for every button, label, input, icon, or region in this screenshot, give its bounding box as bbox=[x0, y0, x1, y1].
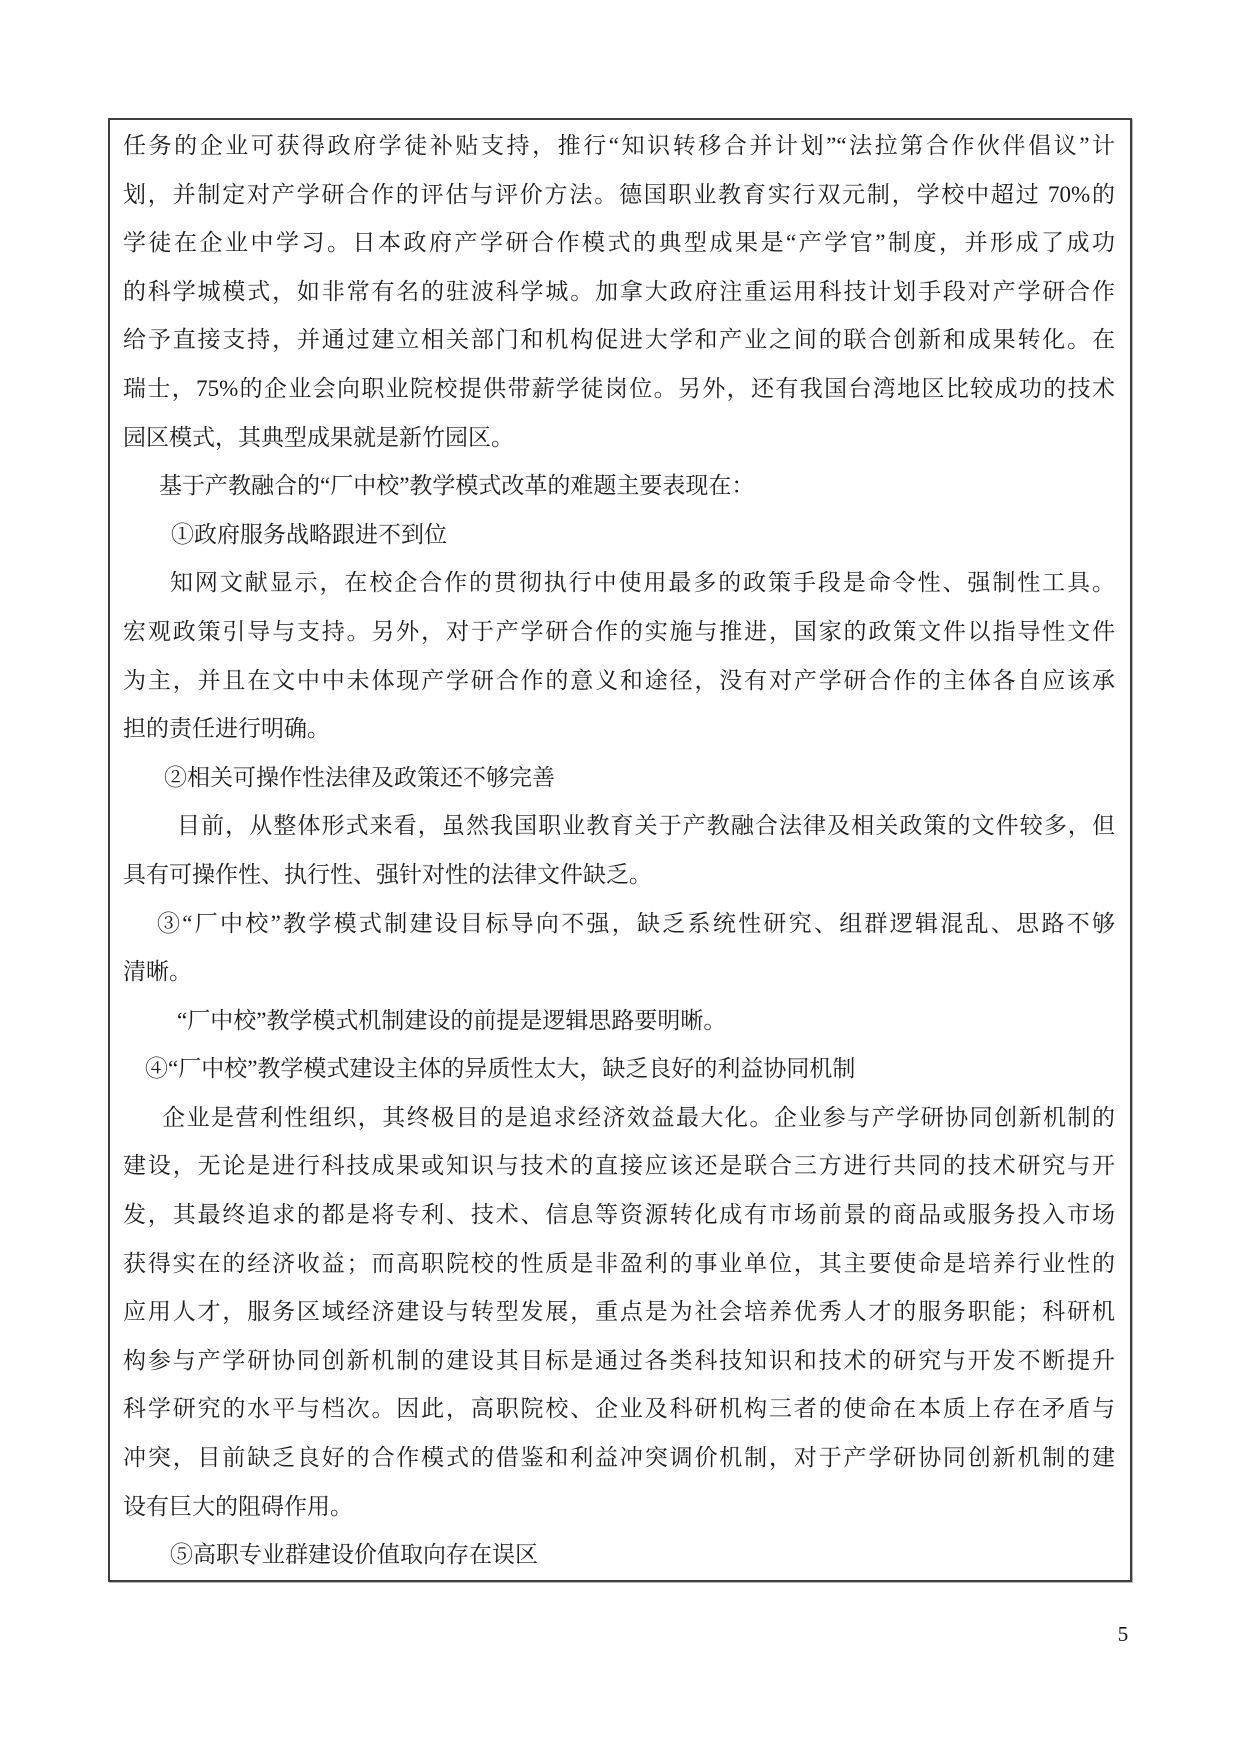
text-line: 清晰。 bbox=[123, 948, 1115, 997]
document-page: 任务的企业可获得政府学徒补贴支持，推行“知识转移合并计划”“法拉第合作伙伴倡议”… bbox=[0, 0, 1240, 1753]
text-line: 担的责任进行明确。 bbox=[123, 705, 1115, 754]
text-line: 设有巨大的阻碍作用。 bbox=[123, 1483, 1115, 1532]
text-line: 宏观政策引导与支持。另外，对于产学研合作的实施与推进，国家的政策文件以指导性文件 bbox=[123, 608, 1115, 657]
text-line: 企业是营利性组织，其终极目的是追求经济效益最大化。企业参与产学研协同创新机制的 bbox=[123, 1094, 1115, 1143]
text-line: 学徒在企业中学习。日本政府产学研合作模式的典型成果是“产学官”制度，并形成了成功 bbox=[123, 219, 1115, 268]
text-line: 基于产教融合的“厂中校”教学模式改革的难题主要表现在： bbox=[123, 462, 1115, 511]
text-line: 冲突，目前缺乏良好的合作模式的借鉴和利益冲突调价机制，对于产学研协同创新机制的建 bbox=[123, 1434, 1115, 1483]
text-line: 瑞士，75%的企业会向职业院校提供带薪学徒岗位。另外，还有我国台湾地区比较成功的… bbox=[123, 365, 1115, 414]
text-line: 任务的企业可获得政府学徒补贴支持，推行“知识转移合并计划”“法拉第合作伙伴倡议”… bbox=[123, 122, 1115, 171]
text-line: ②相关可操作性法律及政策还不够完善 bbox=[123, 754, 1115, 803]
text-line: 园区模式，其典型成果就是新竹园区。 bbox=[123, 414, 1115, 463]
text-line: ③“厂中校”教学模式制建设目标导向不强，缺乏系统性研究、组群逻辑混乱、思路不够 bbox=[123, 900, 1115, 949]
page-number: 5 bbox=[1108, 1622, 1138, 1647]
text-line: ④“厂中校”教学模式建设主体的异质性太大，缺乏良好的利益协同机制 bbox=[123, 1045, 1115, 1094]
text-line: 给予直接支持，并通过建立相关部门和机构促进大学和产业之间的联合创新和成果转化。在 bbox=[123, 316, 1115, 365]
content-box: 任务的企业可获得政府学徒补贴支持，推行“知识转移合并计划”“法拉第合作伙伴倡议”… bbox=[108, 118, 1132, 1582]
text-line: ①政府服务战略跟进不到位 bbox=[123, 511, 1115, 560]
text-line: 的科学城模式，如非常有名的驻波科学城。加拿大政府注重运用科技计划手段对产学研合作 bbox=[123, 268, 1115, 317]
paragraphs: 任务的企业可获得政府学徒补贴支持，推行“知识转移合并计划”“法拉第合作伙伴倡议”… bbox=[110, 120, 1130, 1580]
text-line: 目前，从整体形式来看，虽然我国职业教育关于产教融合法律及相关政策的文件较多，但 bbox=[123, 802, 1115, 851]
text-line: 构参与产学研协同创新机制的建设其目标是通过各类科技知识和技术的研究与开发不断提升 bbox=[123, 1337, 1115, 1386]
text-line: 发，其最终追求的都是将专利、技术、信息等资源转化成有市场前景的商品或服务投入市场 bbox=[123, 1191, 1115, 1240]
text-line: 划，并制定对产学研合作的评估与评价方法。德国职业教育实行双元制，学校中超过 70… bbox=[123, 171, 1115, 220]
text-line: 为主，并且在文中中未体现产学研合作的意义和途径，没有对产学研合作的主体各自应该承 bbox=[123, 657, 1115, 706]
text-line: ⑤高职专业群建设价值取向存在误区 bbox=[123, 1531, 1115, 1580]
text-line: “厂中校”教学模式机制建设的前提是逻辑思路要明晰。 bbox=[123, 997, 1115, 1046]
text-line: 获得实在的经济收益；而高职院校的性质是非盈利的事业单位，其主要使命是培养行业性的 bbox=[123, 1240, 1115, 1289]
text-line: 应用人才，服务区域经济建设与转型发展，重点是为社会培养优秀人才的服务职能；科研机 bbox=[123, 1288, 1115, 1337]
text-line: 科学研究的水平与档次。因此，高职院校、企业及科研机构三者的使命在本质上存在矛盾与 bbox=[123, 1385, 1115, 1434]
text-line: 知网文献显示，在校企合作的贯彻执行中使用最多的政策手段是命令性、强制性工具。 bbox=[123, 559, 1115, 608]
text-line: 建设，无论是进行科技成果或知识与技术的直接应该还是联合三方进行共同的技术研究与开 bbox=[123, 1142, 1115, 1191]
text-line: 具有可操作性、执行性、强针对性的法律文件缺乏。 bbox=[123, 851, 1115, 900]
